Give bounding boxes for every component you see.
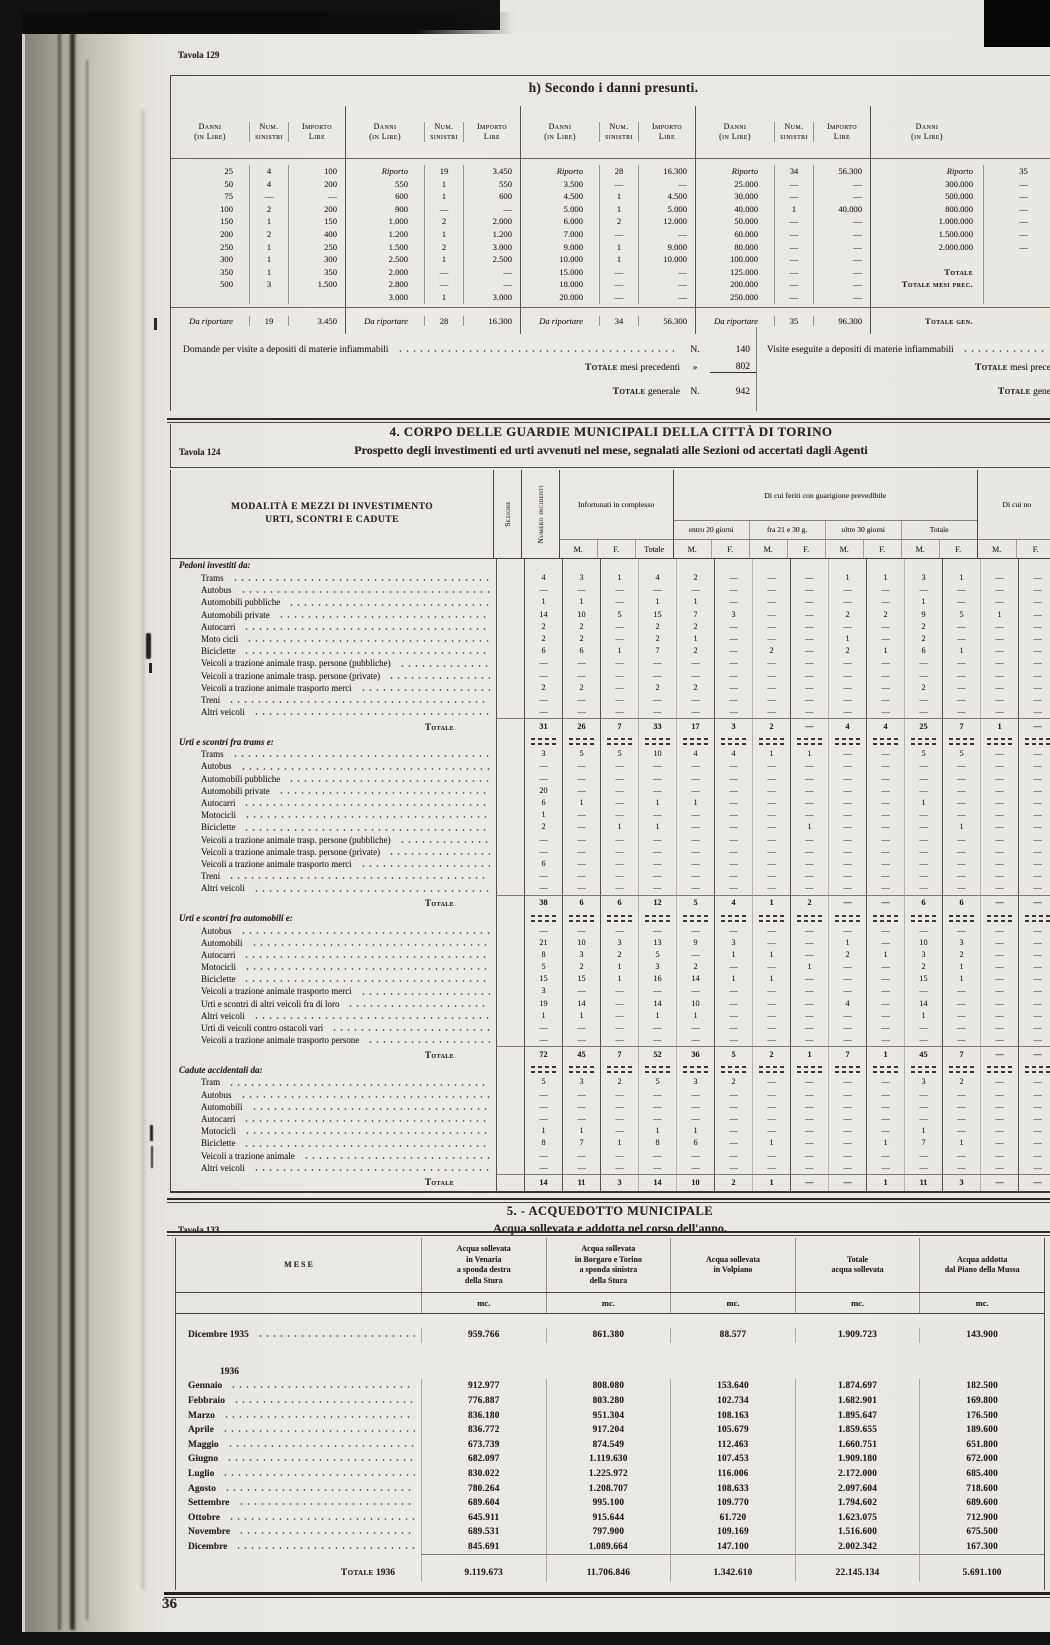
table-cell: —	[562, 1101, 600, 1113]
subgroup-row: entro 20 giornifra 21 e 30 g.oltre 30 gi…	[674, 520, 977, 539]
table-cell: —	[942, 870, 980, 882]
table-cell	[904, 1063, 942, 1076]
table-row: Totale mesi prec.	[871, 278, 1050, 291]
table-cell: —	[774, 190, 814, 203]
table-cell: 189.600	[919, 1423, 1044, 1438]
table-cell: 830.022	[421, 1467, 546, 1482]
table-row: Autocarri——————————————	[171, 1113, 1050, 1125]
table-cell: —	[638, 584, 676, 596]
table-row: 1.50023.000	[346, 241, 520, 254]
table-cell	[1018, 559, 1050, 572]
table-row: Moto cicli22—21———1—2———	[171, 633, 1050, 645]
table-cell: 11	[904, 1174, 942, 1191]
table-cell: 350	[171, 266, 249, 279]
table-cell: —	[424, 266, 464, 279]
table-cell: 1.000	[346, 215, 424, 228]
table-cell: 1	[752, 1137, 790, 1149]
table-cell: 1	[524, 596, 562, 608]
row-label: Autocarri	[171, 797, 496, 809]
subheader: M.	[560, 540, 597, 558]
table-cell: —	[676, 760, 714, 772]
note-text: mesi prece	[1010, 363, 1050, 373]
table-cell: —	[980, 895, 1018, 912]
table-cell	[562, 1063, 600, 1076]
note-unit: N.	[680, 345, 710, 355]
table-cell: 100.000	[696, 253, 774, 266]
dot-leader	[243, 651, 490, 655]
table-cell: —	[790, 1022, 828, 1034]
table-row: 25.000——	[696, 178, 870, 191]
table-row: Automobili pubbliche11—11—————1———	[171, 596, 1050, 608]
table-cell	[676, 735, 714, 748]
table-cell: —	[524, 1101, 562, 1113]
table-cell: 1.225.972	[546, 1467, 671, 1482]
dot-leader	[246, 639, 490, 643]
table-cell: 2	[638, 621, 676, 633]
table-cell: —	[980, 682, 1018, 694]
table-cell: 1	[942, 572, 980, 584]
table-cell	[866, 559, 904, 572]
row-label-text: Autocarri	[201, 949, 235, 961]
table-row: 18.000——	[521, 278, 695, 291]
table-cell: —	[638, 985, 676, 997]
table-cell: —	[1018, 633, 1050, 645]
table-cell: —	[524, 834, 562, 846]
header-line: (in Lire)	[346, 132, 424, 142]
table-cell: —	[904, 925, 942, 937]
table-cell: —	[980, 1162, 1018, 1174]
table-cell	[942, 912, 980, 925]
table-cell: —	[1018, 1101, 1050, 1113]
table-cell: 2	[828, 949, 866, 961]
table-cell: 959.766	[421, 1328, 546, 1343]
sezione-cell	[496, 633, 524, 645]
sezione-cell	[496, 858, 524, 870]
table-cell: 1	[424, 190, 464, 203]
note-line: Totale mesi prece	[767, 355, 1050, 373]
table-cell: —	[942, 1101, 980, 1113]
row-label: Settembre	[176, 1498, 421, 1508]
table-cell: —	[980, 937, 1018, 949]
sezione-cell	[496, 694, 524, 706]
table-cell: —	[828, 1137, 866, 1149]
table-cell: —	[942, 882, 980, 894]
table-cell: —	[980, 1101, 1018, 1113]
table-cell: —	[1018, 925, 1050, 937]
binding-mark	[149, 663, 152, 673]
table-cell: 2	[866, 609, 904, 621]
table-row: Totale	[871, 266, 1050, 279]
block-separator-dashes	[683, 915, 709, 922]
table-cell: —	[828, 785, 866, 797]
table-row: 15.000——	[521, 266, 695, 279]
spacer	[176, 1314, 1044, 1328]
table-cell: —	[752, 1150, 790, 1162]
table-cell: —	[600, 657, 638, 669]
row-label-text: Automobili private	[201, 785, 270, 797]
table-cell: —	[599, 278, 639, 291]
table-cell: 2	[600, 949, 638, 961]
table-cell: —	[289, 190, 345, 203]
table-cell: —	[983, 228, 1050, 241]
table-cell	[790, 559, 828, 572]
row-label: Autobus	[171, 1089, 496, 1101]
table-cell: —	[866, 748, 904, 760]
row-label: Gennaio	[176, 1381, 421, 1391]
table-cell: —	[524, 706, 562, 718]
table-cell: 2	[752, 1046, 790, 1063]
column-header: Num.sinistri	[424, 122, 464, 142]
table-cell: 31	[524, 718, 562, 735]
note-value: 802	[710, 362, 756, 373]
binding-mark	[146, 633, 151, 659]
row-label-text: Motocicli	[201, 961, 236, 973]
table-cell: 16.300	[464, 316, 520, 326]
table-cell: 8	[524, 1137, 562, 1149]
table-cell: —	[1018, 682, 1050, 694]
table-cell: —	[1018, 596, 1050, 608]
table-cell	[562, 559, 600, 572]
dot-leader	[243, 828, 490, 832]
table-cell	[171, 291, 249, 304]
table-cell: —	[562, 773, 600, 785]
table-cell: —	[866, 961, 904, 973]
table-cell: —	[600, 925, 638, 937]
tavola-129-label: Tavola 129	[178, 50, 219, 60]
note-line: Totale mesi precedenti » 802	[183, 355, 756, 373]
table-h-title: h) Secondo i danni presunti.	[171, 76, 1050, 106]
row-label-text: Autocarri	[201, 797, 235, 809]
table-cell	[980, 912, 1018, 925]
sezione-cell	[496, 925, 524, 937]
table-row: Agosto780.2641.208.707108.6332.097.60471…	[176, 1481, 1044, 1496]
total-row: Totale31267331732—442571—	[171, 718, 1050, 735]
row-label-text: Urti di veicoli contro ostacoli vari	[201, 1022, 323, 1034]
table-cell: —	[942, 1162, 980, 1174]
row-label: Aprile	[176, 1425, 421, 1435]
subgroup-label: oltre 30 giorni	[825, 521, 901, 539]
table-cell: —	[866, 1125, 904, 1137]
table-cell: —	[828, 760, 866, 772]
table-cell: 102.734	[670, 1394, 795, 1409]
table-cell: 6	[524, 645, 562, 657]
table-cell: 1	[600, 973, 638, 985]
table-cell: —	[904, 834, 942, 846]
table-cell: —	[600, 998, 638, 1010]
table-cell: —	[790, 706, 828, 718]
block-separator-dashes	[721, 738, 747, 745]
header-line: a sponda sinistra	[549, 1265, 669, 1276]
table-cell: 2	[714, 1174, 752, 1191]
table-cell: —	[562, 1089, 600, 1101]
table-cell: 600	[346, 190, 424, 203]
total-label-text: Totale	[425, 721, 454, 733]
table-cell: —	[676, 1150, 714, 1162]
sezione-cell	[496, 645, 524, 657]
table-cell: 2	[524, 821, 562, 833]
table-cell: 1	[942, 821, 980, 833]
table-cell: 1	[249, 215, 289, 228]
table-cell: —	[638, 706, 676, 718]
table-cell: 685.400	[919, 1467, 1044, 1482]
table-cell	[524, 1063, 562, 1076]
table-cell: —	[904, 882, 942, 894]
subheader: F.	[1016, 540, 1050, 558]
table-row: 1.20011.200	[346, 228, 520, 241]
table-cell: —	[980, 858, 1018, 870]
table-cell: —	[980, 645, 1018, 657]
table-cell: —	[1018, 657, 1050, 669]
row-label: Autocarri	[171, 1113, 496, 1125]
table-cell: —	[600, 1150, 638, 1162]
table-row: 20.000——	[521, 291, 695, 304]
header-line: a sponda destra	[424, 1265, 544, 1276]
table-cell: —	[714, 596, 752, 608]
table-cell: 350	[289, 266, 345, 279]
table-cell: —	[828, 809, 866, 821]
table-cell: Riporto	[696, 165, 774, 178]
tavola-124-label: Tavola 124	[179, 447, 220, 457]
table-cell: 3	[904, 949, 942, 961]
table-cell: —	[790, 846, 828, 858]
block-separator-dashes	[911, 738, 937, 745]
row-label-text: Veicoli a trazione animale trasp. person…	[201, 834, 391, 846]
row-label: Altri veicoli	[171, 1010, 496, 1022]
table-cell: —	[866, 870, 904, 882]
table-cell: 2	[249, 203, 289, 216]
table-cell: —	[524, 657, 562, 669]
table-cell: —	[249, 190, 289, 203]
table-cell: 25.000	[696, 178, 774, 191]
sezione-cell	[496, 559, 524, 572]
table-cell: —	[828, 1076, 866, 1088]
table-cell: —	[904, 1162, 942, 1174]
dot-leader	[228, 876, 490, 880]
table-cell: —	[524, 882, 562, 894]
scan-margin	[500, 0, 986, 34]
table-cell: —	[1018, 785, 1050, 797]
header-line: Num.	[425, 122, 463, 132]
table-cell: 4	[866, 718, 904, 735]
table-cell: —	[942, 846, 980, 858]
table-cell: —	[600, 1022, 638, 1034]
table-row: 10.000110.000	[521, 253, 695, 266]
header-line: della Stura	[424, 1276, 544, 1287]
table-cell: —	[904, 657, 942, 669]
table-cell: 200	[289, 178, 345, 191]
table-cell: 1	[424, 178, 464, 191]
sezione-cell	[496, 718, 524, 735]
table-cell: 4	[714, 748, 752, 760]
table-cell: 550	[464, 178, 520, 191]
sezione-cell	[496, 735, 524, 748]
table-cell: —	[714, 961, 752, 973]
table-cell: —	[424, 203, 464, 216]
table-cell: 5.691.100	[919, 1564, 1044, 1582]
header-line: Importo	[639, 122, 695, 132]
table-cell: 1.208.707	[546, 1481, 671, 1496]
table-cell: —	[774, 278, 814, 291]
table-row: 2.50012.500	[346, 253, 520, 266]
row-label-text: Biciclette	[201, 645, 235, 657]
table-cell: —	[790, 1125, 828, 1137]
table-cell: 1	[790, 1046, 828, 1063]
table-cell: —	[790, 1089, 828, 1101]
row-label-text: Veicoli a trazione animale	[201, 1150, 295, 1162]
table-cell: 61.720	[670, 1511, 795, 1526]
table-cell: —	[752, 682, 790, 694]
table-row: Altri veicoli11—11—————1———	[171, 1010, 1050, 1022]
dot-leader	[227, 1444, 415, 1448]
table-cell: 2	[562, 621, 600, 633]
table-cell: —	[714, 621, 752, 633]
header-line: Danni	[346, 122, 424, 132]
table-cell: 1.500	[346, 241, 424, 254]
block-separator-dashes	[683, 1066, 709, 1073]
group-label: Infortunati in complesso	[560, 470, 673, 539]
table-cell: 2.002.342	[795, 1540, 920, 1555]
subheader: M.	[978, 540, 1016, 558]
table-cell: 1	[638, 1010, 676, 1022]
subheader: M.	[749, 540, 787, 558]
table-cell: 5	[524, 1076, 562, 1088]
table-cell: —	[814, 253, 870, 266]
table-cell: —	[676, 858, 714, 870]
spine-line	[142, 110, 144, 1590]
table-cell	[752, 559, 790, 572]
block-separator-dashes	[835, 915, 861, 922]
row-label: Tram	[171, 1076, 496, 1088]
table-cell: —	[790, 1076, 828, 1088]
table-cell: 1	[752, 1174, 790, 1191]
table-row: 2.000.000—	[871, 241, 1050, 254]
row-label: Automobili pubbliche	[171, 773, 496, 785]
row-label: Autocarri	[171, 949, 496, 961]
table-cell: 3	[524, 985, 562, 997]
table-row: 1.500.000—	[871, 228, 1050, 241]
table-row: Biciclette87186—1——171——	[171, 1137, 1050, 1149]
table-row: Veicoli a trazione animale trasp. person…	[171, 846, 1050, 858]
header-line: Lire	[464, 132, 520, 142]
block-separator-dashes	[645, 915, 671, 922]
table-cell: 1	[942, 973, 980, 985]
header-line: (in Lire)	[171, 132, 249, 142]
table-cell: —	[790, 572, 828, 584]
table-cell: 72	[524, 1046, 562, 1063]
table-cell: Da riportare	[346, 316, 424, 326]
table-cell: —	[714, 834, 752, 846]
table-cell: 718.600	[919, 1481, 1044, 1496]
table-cell: —	[866, 682, 904, 694]
table-cell: —	[866, 1089, 904, 1101]
subheader: F.	[787, 540, 825, 558]
table-cell: 8	[524, 949, 562, 961]
table-cell: 6	[904, 895, 942, 912]
table-cell: —	[638, 1150, 676, 1162]
table-cell: —	[790, 584, 828, 596]
table-cell: 5.000	[639, 203, 695, 216]
table-row: Febbraio776.887803.280102.7341.682.90116…	[176, 1394, 1044, 1409]
row-label: Altri veicoli	[171, 882, 496, 894]
table-cell: 153.640	[670, 1379, 795, 1394]
table-cell: —	[638, 846, 676, 858]
subheader: F.	[711, 540, 749, 558]
table-cell	[1018, 735, 1050, 748]
header-line: Importo	[464, 122, 520, 132]
note-line: Visite eseguite a depositi di materie in…	[767, 337, 1050, 355]
table-cell: 20.000	[521, 291, 599, 304]
dot-leader	[243, 979, 490, 983]
row-label: Biciclette	[171, 973, 496, 985]
dot-leader	[240, 1095, 490, 1099]
total-label: Totale	[171, 1049, 496, 1061]
table-cell: —	[866, 633, 904, 645]
table-cell: 3	[562, 949, 600, 961]
table-cell: 5	[524, 961, 562, 973]
table-cell: —	[790, 1101, 828, 1113]
table-cell: 917.204	[546, 1423, 671, 1438]
table-cell: 1	[866, 645, 904, 657]
table-cell: 915.644	[546, 1511, 671, 1526]
table-cell: 2	[790, 895, 828, 912]
table-cell: —	[1018, 706, 1050, 718]
table-cell: —	[790, 949, 828, 961]
table-row: Altri veicoli——————————————	[171, 1162, 1050, 1174]
header-line: Lire	[639, 132, 695, 142]
scan-artifact	[22, 12, 514, 34]
table-cell: 20	[524, 785, 562, 797]
dot-leader	[223, 1415, 415, 1419]
table-cell	[983, 266, 1050, 279]
row-label-text: Motocicli	[201, 1125, 236, 1137]
table-cell: —	[676, 882, 714, 894]
table-cell: —	[714, 572, 752, 584]
table-cell: 28	[424, 316, 464, 326]
block-separator-dashes	[987, 915, 1013, 922]
table-cell: —	[600, 1113, 638, 1125]
table-cell: —	[790, 1137, 828, 1149]
row-label: Giugno	[176, 1454, 421, 1464]
block-separator-dashes	[721, 915, 747, 922]
table-row: 3.00013.000	[346, 291, 520, 304]
table-cell: —	[828, 797, 866, 809]
table-cell: —	[980, 870, 1018, 882]
binding-mark	[151, 1146, 153, 1168]
table-cell: 2	[249, 228, 289, 241]
table-row: Veicoli a trazione animale trasporto mer…	[171, 858, 1050, 870]
row-label-text: Altri veicoli	[201, 706, 245, 718]
column-header: Danni(in Lire)	[871, 122, 983, 142]
table-cell: —	[714, 760, 752, 772]
row-label-text: Trams	[201, 572, 224, 584]
table-cell	[289, 291, 345, 304]
table-cell: —	[790, 682, 828, 694]
table-cell: —	[600, 797, 638, 809]
table-cell: —	[828, 882, 866, 894]
table-row: Trams355104411——55——	[171, 748, 1050, 760]
table-cell: 3.450	[464, 165, 520, 178]
table-cell: —	[1018, 718, 1050, 735]
table-cell: 1	[600, 645, 638, 657]
table-cell: 1.516.600	[795, 1525, 920, 1540]
table-cell: —	[983, 178, 1050, 191]
row-label: Biciclette	[171, 821, 496, 833]
table-cell: 3	[524, 748, 562, 760]
table-cell: 6	[524, 797, 562, 809]
table-cell: —	[562, 1162, 600, 1174]
table-cell: —	[866, 773, 904, 785]
table-cell: —	[942, 657, 980, 669]
